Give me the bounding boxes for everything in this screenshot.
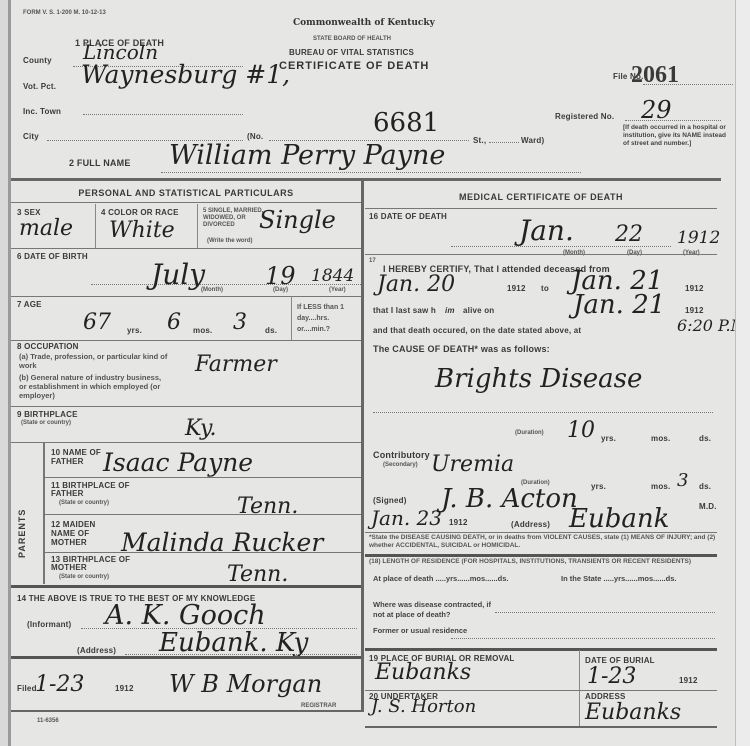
father-name-value: Isaac Payne	[103, 448, 253, 477]
contrib-yrs-label: yrs.	[591, 482, 606, 491]
duration-ds-label: ds.	[699, 434, 711, 443]
signed-year: 1912	[449, 518, 468, 527]
medical-address-label: (Address)	[511, 520, 550, 529]
full-name-field: William Perry Payne	[161, 160, 581, 173]
age-years: 67	[83, 310, 111, 335]
attended-to-year: 1912	[685, 284, 704, 293]
duration-years: 10	[567, 418, 595, 443]
divider	[365, 726, 717, 728]
vot-pct-label: Vot. Pct.	[23, 82, 56, 91]
city-label: City	[23, 132, 39, 141]
mother-birthplace-label: 13 BIRTHPLACE OF MOTHER	[51, 556, 141, 572]
less-than-day: If LESS than 1 day....hrs. or....min.?	[297, 302, 357, 335]
informant-value: A. K. Gooch	[105, 600, 266, 631]
divider	[365, 208, 717, 209]
street-label: St.,	[473, 136, 486, 145]
ds-label: ds.	[265, 326, 277, 335]
dod-month-hint: (Month)	[563, 250, 585, 256]
mother-birthplace-value: Tenn.	[227, 562, 288, 587]
divider	[43, 442, 45, 584]
mother-name-label: 12 MAIDEN NAME OF MOTHER	[51, 520, 121, 547]
father-birthplace-label: 11 BIRTHPLACE OF FATHER	[51, 482, 141, 498]
certify-number: 17	[369, 258, 376, 264]
informant-address-label: (Address)	[77, 646, 116, 655]
registered-no-value: 29	[641, 96, 672, 124]
full-name-value: William Perry Payne	[169, 140, 445, 171]
birthplace-value: Ky.	[185, 416, 217, 441]
alive-on-label: alive on	[463, 306, 494, 315]
signed-label: (Signed)	[373, 496, 407, 505]
signed-date: Jan. 23	[371, 506, 442, 530]
duration-mos-label: mos.	[651, 434, 670, 443]
occupation-value: Farmer	[195, 352, 277, 377]
duration-yrs-label: yrs.	[601, 434, 616, 443]
residence-where-contracted: Where was disease contracted, if not at …	[373, 600, 503, 620]
signed-value: J. B. Acton	[441, 484, 578, 514]
cause-footnote: *State the DISEASE CAUSING DEATH, or in …	[369, 534, 717, 550]
race-label: 4 COLOR OR RACE	[101, 208, 179, 217]
street-no-value: 6681	[373, 108, 439, 138]
inc-town-label: Inc. Town	[23, 107, 61, 116]
divider	[11, 296, 361, 297]
father-birthplace-value: Tenn.	[237, 494, 298, 519]
divider	[365, 648, 717, 651]
divider	[11, 248, 361, 249]
informant-address-value: Eubank. Ky	[159, 628, 308, 658]
dob-month: July	[151, 258, 205, 291]
attended-from-year: 1912	[507, 284, 526, 293]
day-hint: (Day)	[273, 287, 288, 293]
divider	[291, 296, 292, 340]
month-hint: (Month)	[201, 287, 223, 293]
footer-code: 11-6356	[37, 718, 59, 724]
divider	[11, 710, 361, 712]
residence-former: Former or usual residence	[373, 626, 473, 636]
parents-label: PARENTS	[17, 488, 27, 558]
column-divider	[361, 180, 364, 712]
divider	[11, 585, 361, 588]
registrar-label: REGISTRAR	[301, 703, 336, 709]
divider	[365, 690, 717, 691]
dod-year: 1912	[677, 228, 720, 248]
divider	[365, 554, 717, 557]
vot-pct-value: Waynesburg #1,	[81, 60, 290, 89]
page-edge	[735, 0, 750, 746]
medical-address-value: Eubank	[569, 504, 669, 534]
file-no-value: 2061	[631, 62, 679, 89]
dod-day: 22	[615, 222, 643, 247]
commonwealth-title: Commonwealth of Kentucky	[293, 18, 435, 28]
ward-label: Ward)	[521, 136, 544, 145]
year-hint: (Year)	[329, 287, 346, 293]
contrib-ds-label: ds.	[699, 482, 711, 491]
divider	[95, 204, 96, 248]
filed-date: 1-23	[35, 672, 84, 697]
medical-section-title: MEDICAL CERTIFICATE OF DEATH	[365, 192, 717, 202]
divider	[43, 552, 361, 553]
undertaker-address-value: Eubanks	[585, 700, 681, 725]
mother-birthplace-hint: (State or country)	[59, 574, 109, 580]
occupation-label: 8 OCCUPATION	[17, 342, 79, 351]
contributory-value: Uremia	[431, 452, 514, 477]
last-saw-year: 1912	[685, 306, 704, 315]
bureau-title: BUREAU OF VITAL STATISTICS	[289, 48, 414, 57]
burial-place-value: Eubanks	[375, 660, 471, 685]
dod-month: Jan.	[519, 214, 574, 247]
occupation-b-hint: (b) General nature of industry business,…	[19, 373, 169, 400]
father-birthplace-hint: (State or country)	[59, 500, 109, 506]
burial-date-value: 1-23	[587, 664, 636, 689]
undertaker-value: J. S. Horton	[371, 696, 476, 717]
form-number: FORM V. S. 1-200 M. 10-12-13	[23, 10, 106, 16]
county-label: County	[23, 56, 52, 65]
divider	[11, 202, 361, 203]
contributory-duration-days: 3	[677, 470, 688, 491]
duration-label: (Duration)	[515, 430, 544, 436]
divider	[365, 532, 717, 533]
divider	[365, 254, 717, 255]
age-months: 6	[167, 310, 181, 335]
mos-label: mos.	[193, 326, 212, 335]
residence-label: (18) LENGTH OF RESIDENCE (FOR HOSPITALS,…	[369, 558, 717, 566]
filed-year: 1912	[115, 684, 134, 693]
secondary-label: (Secondary)	[383, 462, 418, 468]
death-occurred-text: and that death occured, on the date stat…	[373, 326, 581, 335]
md-label: M.D.	[699, 502, 717, 511]
former-residence-field	[451, 636, 715, 639]
to-label: to	[541, 284, 549, 293]
marital-value: Single	[259, 206, 336, 234]
informant-label: (Informant)	[27, 620, 71, 629]
dod-label: 16 DATE OF DEATH	[369, 212, 447, 221]
cause-label: The CAUSE OF DEATH* was as follows:	[373, 344, 550, 354]
contributory-label: Contributory	[373, 450, 430, 460]
birthplace-label: 9 BIRTHPLACE	[17, 410, 78, 419]
full-name-label: 2 FULL NAME	[69, 158, 131, 168]
board-title: STATE BOARD OF HEALTH	[313, 36, 391, 42]
race-value: White	[109, 218, 175, 243]
divider	[579, 650, 580, 726]
father-name-label: 10 NAME OF FATHER	[51, 448, 111, 466]
filed-label: Filed	[17, 684, 37, 693]
occupation-a-hint: (a) Trade, profession, or particular kin…	[19, 352, 169, 370]
dod-day-hint: (Day)	[627, 250, 642, 256]
dob-label: 6 DATE OF BIRTH	[17, 252, 88, 261]
contrib-mos-label: mos.	[651, 482, 670, 491]
vot-pct-field: Waynesburg #1,	[73, 74, 303, 92]
residence-at-place: At place of death .....yrs......mos.....…	[373, 574, 543, 584]
divider	[11, 406, 361, 407]
sex-value: male	[19, 216, 73, 241]
where-contracted-field	[495, 610, 715, 613]
attended-from: Jan. 20	[377, 272, 455, 297]
registered-no-label: Registered No.	[555, 112, 614, 121]
yrs-label: yrs.	[127, 326, 142, 335]
divider	[11, 178, 721, 181]
last-saw-date: Jan. 21	[573, 290, 665, 320]
dob-year: 1844	[311, 266, 354, 286]
divider	[11, 340, 361, 341]
burial-year: 1912	[679, 676, 698, 685]
personal-section-title: PERSONAL AND STATISTICAL PARTICULARS	[11, 188, 361, 198]
registered-no-field: 29	[625, 112, 721, 121]
divider	[197, 204, 198, 248]
birthplace-hint: (State or country)	[21, 420, 71, 426]
divider	[43, 477, 361, 478]
age-label: 7 AGE	[17, 300, 42, 309]
age-days: 3	[233, 310, 247, 335]
cause-dots	[373, 410, 713, 413]
dob-day: 19	[265, 262, 296, 290]
marital-hint: (Write the word)	[207, 238, 253, 244]
registrar-signature: W B Morgan	[169, 670, 322, 698]
certificate-title: CERTIFICATE OF DEATH	[279, 60, 429, 72]
hospital-note: [If death occurred in a hospital or inst…	[623, 124, 727, 148]
divider	[11, 656, 361, 659]
cause-value: Brights Disease	[435, 364, 642, 394]
divider	[11, 442, 361, 443]
divider	[43, 514, 361, 515]
ward-dots	[489, 134, 519, 143]
residence-in-state: In the State .....yrs......mos......ds.	[561, 574, 717, 584]
dod-year-hint: (Year)	[683, 250, 700, 256]
death-certificate: FORM V. S. 1-200 M. 10-12-13 Commonwealt…	[8, 0, 743, 746]
inc-town-field	[83, 104, 243, 115]
last-saw-text: that I last saw h	[373, 306, 436, 315]
last-saw-pronoun: im	[445, 306, 455, 315]
